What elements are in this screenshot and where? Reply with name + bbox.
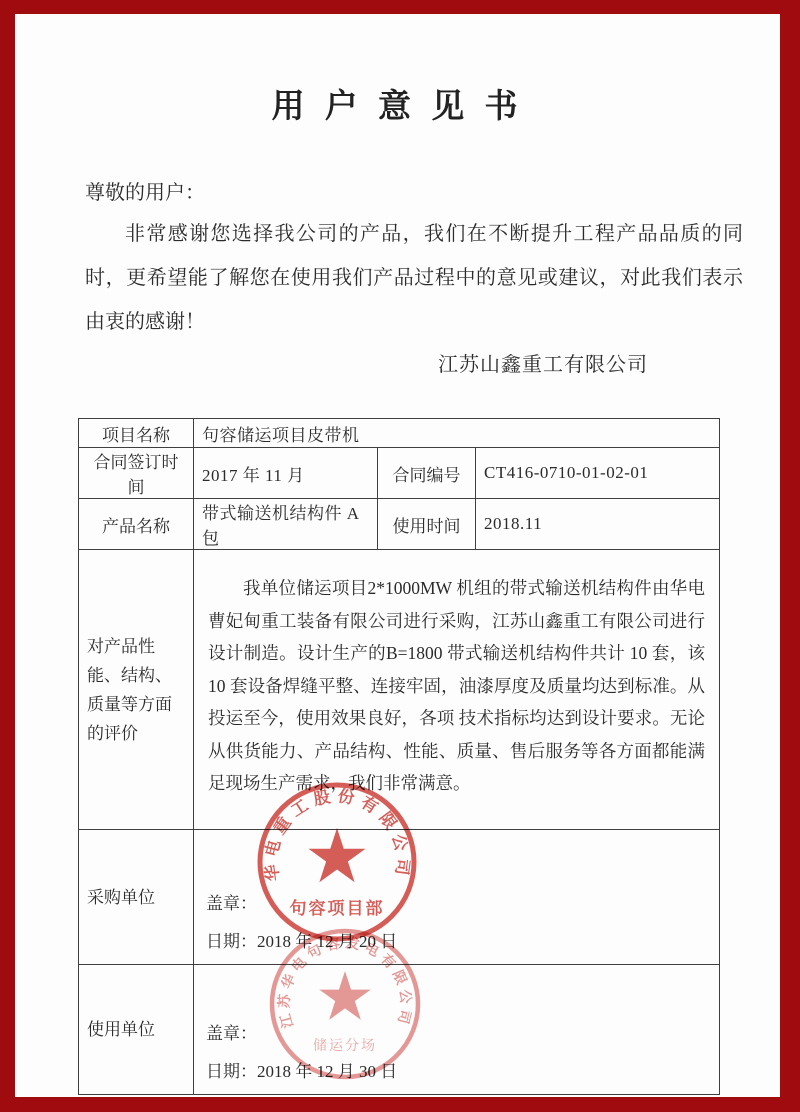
scanned-document-page: { "page": { "title": "用 户 意 见 书", "greet… — [0, 0, 800, 1112]
table-row: 采购单位 盖章： 日期：2018 年 12 月 20 日 — [79, 830, 720, 965]
purchaser-date-line: 日期：2018 年 12 月 20 日 — [206, 927, 711, 952]
table-row: 使用单位 盖章： 日期：2018 年 12 月 30 日 — [79, 965, 720, 1095]
purchaser-label: 采购单位 — [79, 830, 194, 965]
contract-date-label: 合同签订时间 — [79, 448, 194, 499]
product-name-label: 产品名称 — [79, 499, 194, 550]
greeting-line: 尊敬的用户： — [85, 176, 205, 205]
product-name-value: 带式输送机结构件 A 包 — [194, 499, 378, 550]
intro-paragraph: 非常感谢您选择我公司的产品，我们在不断提升工程产品品质的同时，更希望能了解您在使… — [85, 212, 743, 344]
contract-date-value: 2017 年 11 月 — [194, 448, 378, 499]
feedback-table: 项目名称 句容储运项目皮带机 合同签订时间 2017 年 11 月 合同编号 C… — [78, 418, 720, 1095]
table-row: 对产品性能、结构、质量等方面的评价 我单位储运项目2*1000MW 机组的带式输… — [79, 550, 720, 830]
purchaser-date-label: 日期： — [206, 932, 257, 951]
purchaser-date-value: 2018 年 12 月 20 日 — [257, 932, 397, 951]
evaluation-label: 对产品性能、结构、质量等方面的评价 — [79, 550, 194, 830]
document-title: 用 户 意 见 书 — [15, 80, 780, 127]
usage-date-value: 2018.11 — [476, 499, 720, 550]
user-unit-label: 使用单位 — [79, 965, 194, 1095]
purchaser-seal-cell: 盖章： 日期：2018 年 12 月 20 日 — [194, 830, 720, 965]
usage-date-label: 使用时间 — [378, 499, 476, 550]
evaluation-cell: 我单位储运项目2*1000MW 机组的带式输送机结构件由华电 曹妃甸重工装备有限… — [194, 550, 720, 830]
project-name-label: 项目名称 — [79, 419, 194, 448]
contract-no-value: CT416-0710-01-02-01 — [476, 448, 720, 499]
user-seal-label: 盖章： — [206, 1019, 711, 1044]
purchaser-seal-label: 盖章： — [206, 889, 711, 914]
document-paper: 用 户 意 见 书 尊敬的用户： 非常感谢您选择我公司的产品，我们在不断提升工程… — [15, 14, 780, 1097]
user-date-label: 日期： — [206, 1062, 257, 1081]
signature-company: 江苏山鑫重工有限公司 — [438, 348, 648, 377]
table-row: 产品名称 带式输送机结构件 A 包 使用时间 2018.11 — [79, 499, 720, 550]
table-row: 合同签订时间 2017 年 11 月 合同编号 CT416-0710-01-02… — [79, 448, 720, 499]
contract-no-label: 合同编号 — [378, 448, 476, 499]
user-date-line: 日期：2018 年 12 月 30 日 — [206, 1057, 711, 1082]
user-date-value: 2018 年 12 月 30 日 — [257, 1062, 397, 1081]
user-unit-seal-cell: 盖章： 日期：2018 年 12 月 30 日 — [194, 965, 720, 1095]
evaluation-text: 我单位储运项目2*1000MW 机组的带式输送机结构件由华电 曹妃甸重工装备有限… — [202, 550, 711, 800]
table-row: 项目名称 句容储运项目皮带机 — [79, 419, 720, 448]
project-name-value: 句容储运项目皮带机 — [194, 419, 720, 448]
